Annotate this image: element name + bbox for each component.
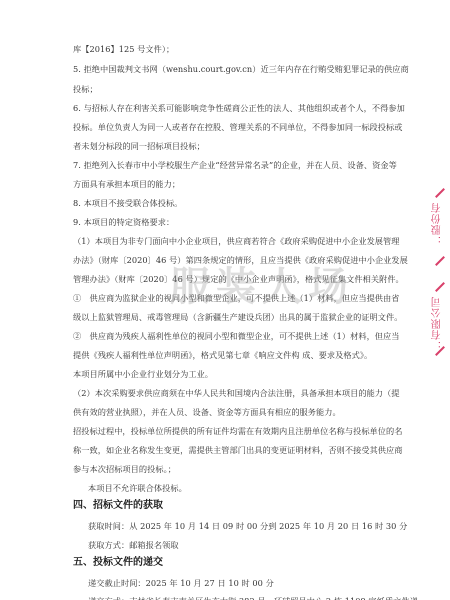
watermark: 服装人场	[170, 255, 354, 312]
red-seal-stamp: ..股份有 ..有限公司	[424, 186, 450, 356]
submission-deadline: 递交截止时间：2025 年 10 月 27 日 10 时 00 分	[88, 578, 274, 588]
document-line: 5. 拒绝中国裁判文书网（wenshu.court.gov.cn）近三年内存在行…	[73, 64, 409, 74]
document-line: 8. 本项目不接受联合体投标。	[73, 198, 182, 208]
document-line: （1）本项目为非专门面向中小企业项目，供应商若符合《政府采购促进中小企业发展管理	[73, 236, 400, 246]
document-line: 7. 拒绝列入长春市中小学校服生产企业“经营异常名录”的企业，并在人员、设备、资…	[73, 160, 397, 170]
document-line: 投标。单位负责人为同一人或者存在控股、管理关系的不同单位，不得参加同一标段投标或	[73, 122, 403, 132]
document-line: （2）本次采购要求供应商须在中华人民共和国境内合法注册，具备承担本项目的能力（提	[73, 388, 400, 398]
document-line: 供有效的营业执照），并在人员、设备、资金等方面具有相应的服务能力。	[73, 407, 341, 417]
stamp-mark-icon	[435, 256, 445, 266]
document-line: 库【2016】125 号文件）；	[73, 44, 174, 54]
document-line: 级以上监狱管理局、戒毒管理局（含新疆生产建设兵团）出具的属于监狱企业的证明文件。	[73, 312, 403, 322]
document-line: 6. 与招标人存在利害关系可能影响竞争性磋商公正性的法人、其他组织或者个人，不得…	[73, 103, 405, 113]
acquisition-time: 获取时间：从 2025 年 10 月 14 日 09 时 00 分到 2025 …	[88, 521, 407, 531]
document-page: 库【2016】125 号文件）；5. 拒绝中国裁判文书网（wenshu.cour…	[0, 0, 450, 600]
acquisition-method: 获取方式：邮箱报名领取	[88, 540, 179, 550]
stamp-mark-icon	[435, 282, 445, 292]
stamp-mark-icon	[435, 188, 445, 198]
document-line: 本项目所属中小企业行业划分为工业。	[73, 369, 213, 379]
section-heading-acquisition: 四、招标文件的获取	[73, 500, 163, 512]
document-line: 9. 本项目的特定资格要求：	[73, 217, 174, 227]
document-line: 方面具有承担本项目的能力；	[73, 179, 180, 189]
document-line: 者未划分标段的同一招标项目投标；	[73, 141, 205, 151]
submission-method: 递交方式：吉林省长春市南关区生态大街 382 号，环球贸易中心 2 栋 1109…	[88, 596, 418, 600]
document-line: 参与本次招标项目的投标。；	[73, 464, 176, 474]
document-line: 提供《残疾人福利性单位声明函》，格式见第七章《响应文件构 成、要求及格式》。	[73, 350, 372, 360]
document-line: ② 供应商为残疾人福利性单位的视同小型和微型企业，可不提供上述（1）材料，但应当	[73, 331, 400, 341]
document-line: 招投标过程中，投标单位所提供的所有证件均需在有效期内且注册单位名称与投标单位的名	[73, 426, 403, 436]
stamp-text-lower: ..有限公司	[430, 296, 445, 348]
document-line: 投标；	[73, 84, 98, 94]
document-line: 称一致，如企业名称发生变更，需提供主管部门出具的变更证明材料，否则不接受其供应商	[73, 445, 403, 455]
section-heading-submission: 五、投标文件的递交	[73, 557, 163, 569]
document-line: 本项目不允许联合体投标。	[88, 483, 187, 493]
stamp-text-upper: ..股份有	[430, 202, 445, 243]
